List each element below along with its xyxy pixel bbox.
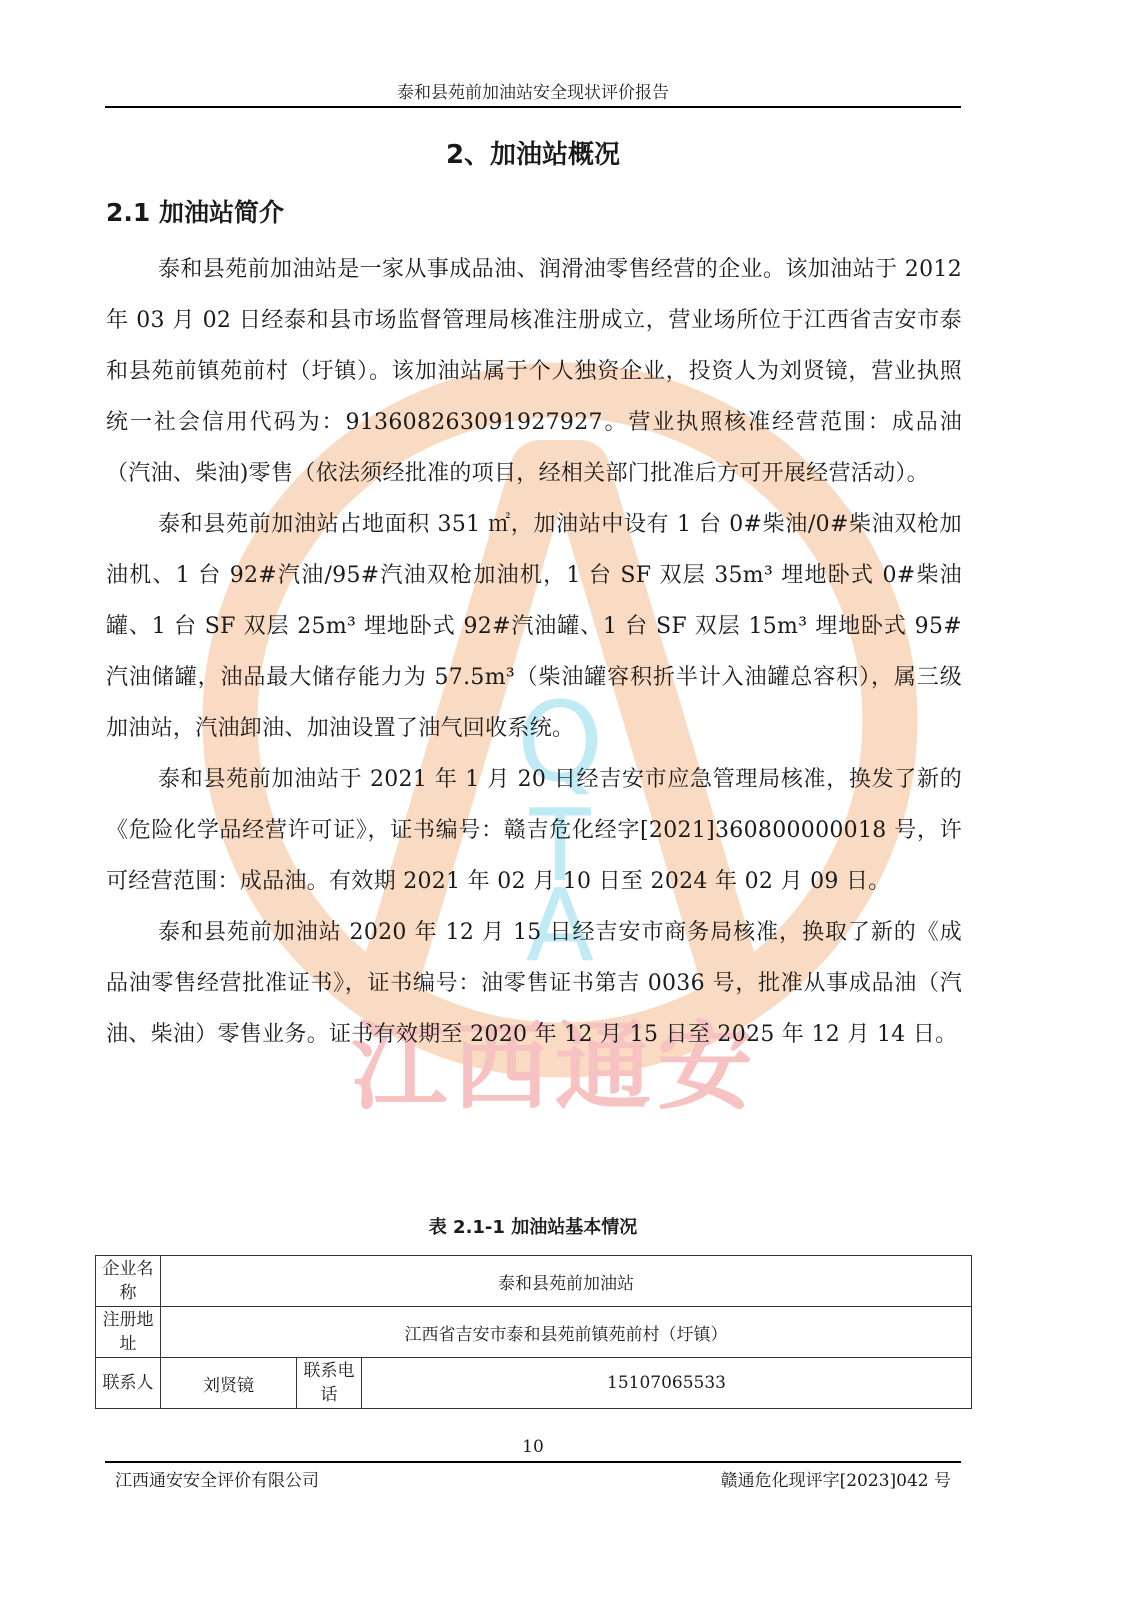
table-row: 注册地址 江西省吉安市泰和县苑前镇苑前村（圩镇） [96,1307,972,1358]
table-label: 联系电话 [297,1358,362,1409]
table-label: 企业名称 [96,1256,161,1307]
paragraph-retail-certificate: 泰和县苑前加油站 2020 年 12 月 15 日经吉安市商务局核准，换取了新的… [106,907,962,1060]
chapter-title: 2、加油站概况 [105,134,961,171]
table-row: 企业名称 泰和县苑前加油站 [96,1256,972,1307]
footer-company: 江西通安安全评价有限公司 [115,1466,319,1491]
paragraph-hazmat-license: 泰和县苑前加油站于 2021 年 1 月 20 日经吉安市应急管理局核准，换发了… [106,754,962,907]
paragraph-intro: 泰和县苑前加油站是一家从事成品油、润滑油零售经营的企业。该加油站于 2012 年… [106,244,962,499]
body-text: 泰和县苑前加油站是一家从事成品油、润滑油零售经营的企业。该加油站于 2012 年… [106,244,962,1060]
station-info-table: 企业名称 泰和县苑前加油站 注册地址 江西省吉安市泰和县苑前镇苑前村（圩镇） 联… [95,1255,972,1409]
table-value: 江西省吉安市泰和县苑前镇苑前村（圩镇） [161,1307,972,1358]
footer-divider [105,1461,961,1463]
header-divider [105,106,961,108]
paragraph-facilities: 泰和县苑前加油站占地面积 351 ㎡，加油站中设有 1 台 0#柴油/0#柴油双… [106,499,962,754]
table-row: 联系人 刘贤镜 联系电话 15107065533 [96,1358,972,1409]
table-label: 联系人 [96,1358,161,1409]
table-value: 刘贤镜 [161,1358,297,1409]
table-value: 泰和县苑前加油站 [161,1256,972,1307]
section-title: 2.1 加油站简介 [106,193,284,229]
running-header: 泰和县苑前加油站安全现状评价报告 [105,78,961,103]
table-value: 15107065533 [362,1358,972,1409]
table-caption: 表 2.1-1 加油站基本情况 [105,1213,961,1239]
footer-doc-number: 赣通危化现评字[2023]042 号 [721,1466,951,1491]
table-label: 注册地址 [96,1307,161,1358]
page-number: 10 [105,1437,961,1457]
